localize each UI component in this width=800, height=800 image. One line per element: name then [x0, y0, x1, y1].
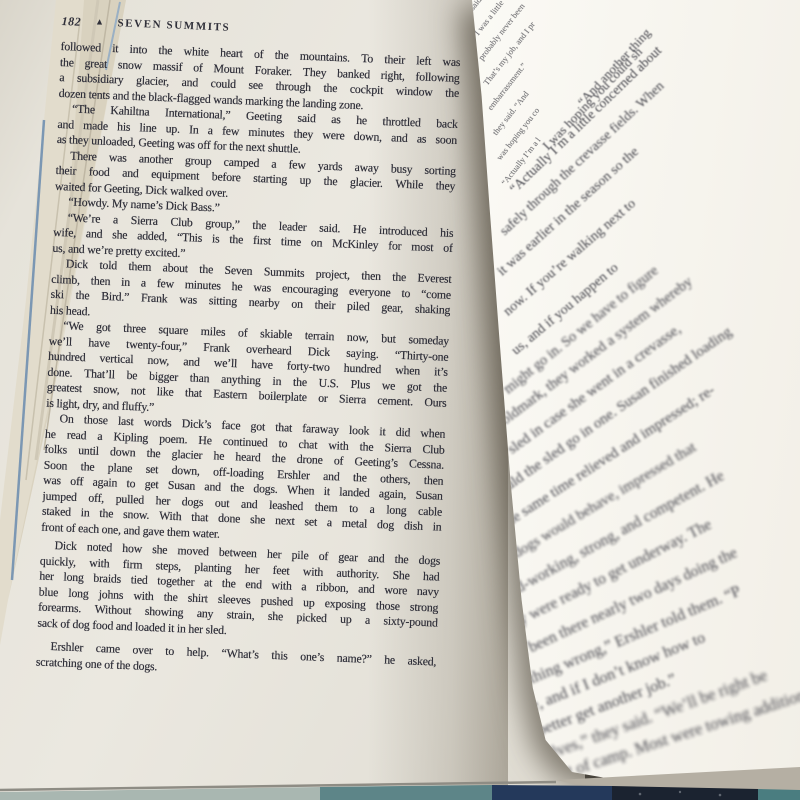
book-photo: 182 ▲ SEVEN SUMMITS followeditintothewhi…: [0, 0, 800, 800]
book-cover-band: [0, 0, 800, 800]
